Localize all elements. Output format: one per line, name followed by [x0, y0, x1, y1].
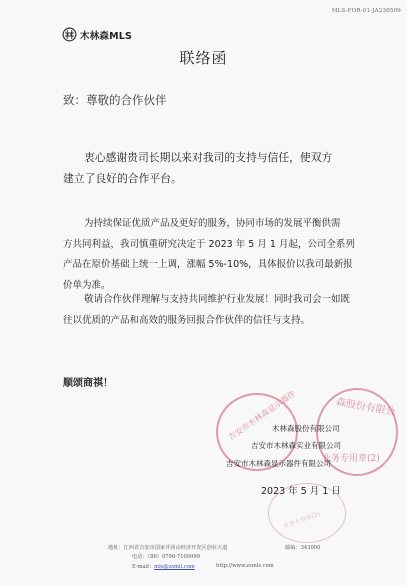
footer-phone: 电话：（86）0796-7109999 [132, 553, 200, 560]
paragraph-line: 产品在原价基础上统一上调，涨幅 5%-10%，具体报价以我司最新报 [63, 255, 351, 276]
paragraph-line: 建立了良好的合作平台。 [63, 168, 351, 189]
letter-date: 2023 年 5 月 1 日 [261, 483, 341, 497]
logo-text: 木林森MLS [80, 28, 132, 42]
company-logo: 木林森MLS [62, 27, 132, 42]
footer-website[interactable]: http://www.zsmls.com [216, 563, 274, 569]
paragraph-line: 为持续保证优质产品及更好的服务，协同市场的发展平衡供需 [63, 214, 351, 235]
mls-logo-icon [62, 27, 77, 42]
letter-page: MLS-FOR-01-JA230509 木林森MLS 联络函 致：尊敬的合作伙伴… [0, 0, 407, 585]
salutation: 致：尊敬的合作伙伴 [63, 92, 167, 108]
email-label: E-mail： [132, 564, 154, 570]
signer-name: 木林森股份有限公司 [272, 423, 340, 434]
paragraph-2: 为持续保证优质产品及更好的服务，协同市场的发展平衡供需 方共同利益，我司慎重研究… [63, 214, 351, 296]
paragraph-line: 衷心感谢贵司长期以来对我司的支持与信任，使双方 [63, 147, 351, 168]
phone-label: 电话： [132, 554, 148, 560]
page-title: 联络函 [0, 47, 407, 68]
paragraph-line: 方共同利益，我司慎重研究决定于 2023 年 5 月 1 月起，公司全系列 [63, 235, 351, 256]
closing-greeting: 顺颂商祺！ [63, 374, 113, 389]
paragraph-1: 衷心感谢贵司长期以来对我司的支持与信任，使双方 建立了良好的合作平台。 [63, 147, 351, 189]
address-value: 江西省吉安市国家井冈山经济开发区创业大道 [124, 545, 228, 551]
footer-zip: 邮编：343000 [285, 544, 320, 551]
footer-email: E-mail：mls@zsmil.com [132, 563, 195, 570]
document-number: MLS-FOR-01-JA230509 [332, 8, 401, 14]
paragraph-line: 敬请合作伙伴理解与支持共同维护行业发展！同时我司会一如既 [63, 289, 351, 310]
zip-label: 邮编： [285, 545, 301, 551]
signer-name: 吉安市木林森显示器件有限公司 [226, 458, 331, 469]
phone-value: （86）0796-7109999 [148, 554, 200, 560]
email-link[interactable]: mls@zsmil.com [154, 564, 195, 570]
signer-name: 吉安市木林森实业有限公司 [251, 440, 341, 451]
paragraph-3: 敬请合作伙伴理解与支持共同维护行业发展！同时我司会一如既 往以优质的产品和高效的… [63, 289, 351, 331]
address-label: 地址： [108, 545, 124, 551]
zip-value: 343000 [301, 545, 321, 551]
paragraph-line: 往以优质的产品和高效的服务回报合作伙伴的信任与支持。 [63, 310, 351, 331]
footer-address: 地址：江西省吉安市国家井冈山经济开发区创业大道 [108, 544, 227, 551]
